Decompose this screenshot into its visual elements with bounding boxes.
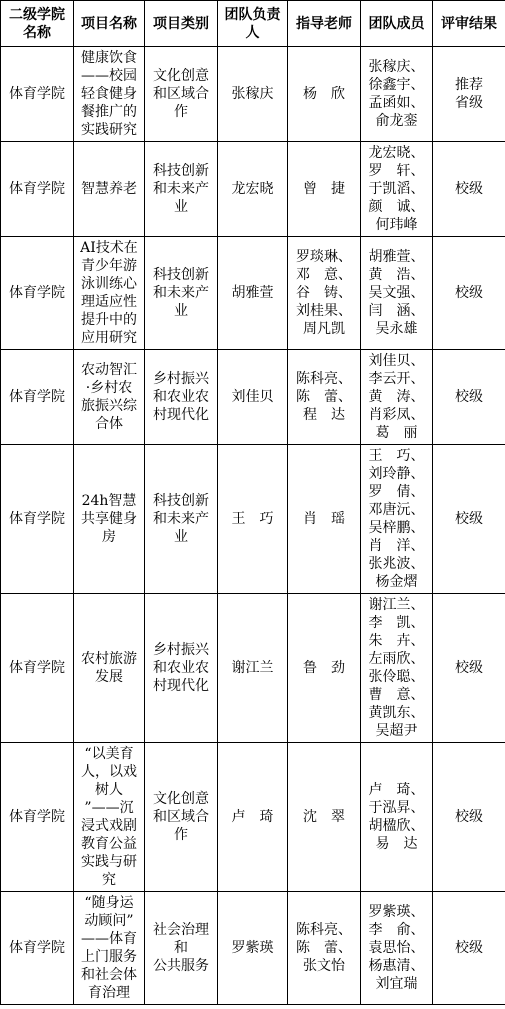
column-header-college-name: 二级学院 名称: [1, 1, 74, 47]
cell-leader: 龙宏晓: [218, 142, 288, 237]
cell-project: 健康饮食 ——校园 轻食健身 餐推广的 实践研究: [74, 47, 145, 142]
cell-project: 24h智慧 共享健身 房: [74, 445, 145, 594]
cell-college: 体育学院: [1, 142, 74, 237]
cell-category: 科技创新 和未来产 业: [145, 445, 218, 594]
cell-result: 校级: [433, 142, 505, 237]
cell-result: 校级: [433, 350, 505, 445]
cell-members: 胡雅萱、 黄 浩、 吴文强、 闫 涵、 吴永雄: [361, 237, 433, 350]
table-row: 体育学院农动智汇 ·乡村农 旅振兴综 合体乡村振兴 和农业农 村现代化刘佳贝陈科…: [1, 350, 505, 445]
column-header-project-category: 项目类别: [145, 1, 218, 47]
cell-result: 校级: [433, 237, 505, 350]
cell-leader: 王 巧: [218, 445, 288, 594]
cell-members: 张稼庆、 徐鑫宇、 孟函如、 俞龙銮: [361, 47, 433, 142]
cell-category: 科技创新 和未来产 业: [145, 142, 218, 237]
cell-advisor: 杨 欣: [288, 47, 361, 142]
column-header-project-name: 项目名称: [74, 1, 145, 47]
cell-project: “以美育 人，以戏 树人 ”——沉 浸式戏剧 教育公益 实践与研 究: [74, 743, 145, 892]
cell-advisor: 曾 捷: [288, 142, 361, 237]
cell-result: 校级: [433, 445, 505, 594]
cell-category: 乡村振兴 和农业农 村现代化: [145, 350, 218, 445]
table-row: 体育学院健康饮食 ——校园 轻食健身 餐推广的 实践研究文化创意 和区域合 作张…: [1, 47, 505, 142]
cell-project: AI技术在 青少年游 泳训练心 理适应性 提升中的 应用研究: [74, 237, 145, 350]
table-row: 体育学院农村旅游 发展乡村振兴 和农业农 村现代化谢江兰鲁 劲谢江兰、 李 凯、…: [1, 594, 505, 743]
cell-college: 体育学院: [1, 237, 74, 350]
column-header-advisor: 指导老师: [288, 1, 361, 47]
cell-members: 卢 琦、 于泓昇、 胡楹欣、 易 达: [361, 743, 433, 892]
cell-advisor: 陈科亮、 陈 蕾、 张文怡: [288, 892, 361, 1005]
project-review-table: 二级学院 名称 项目名称 项目类别 团队负责 人 指导老师 团队成员 评审结果 …: [0, 0, 505, 1005]
cell-leader: 张稼庆: [218, 47, 288, 142]
cell-college: 体育学院: [1, 445, 74, 594]
column-header-team-members: 团队成员: [361, 1, 433, 47]
column-header-review-result: 评审结果: [433, 1, 505, 47]
column-header-team-leader: 团队负责 人: [218, 1, 288, 47]
cell-advisor: 鲁 劲: [288, 594, 361, 743]
cell-project: “随身运 动顾问” ——体育 上门服务 和社会体 育治理: [74, 892, 145, 1005]
cell-category: 科技创新 和未来产 业: [145, 237, 218, 350]
table-row: 体育学院“随身运 动顾问” ——体育 上门服务 和社会体 育治理社会治理 和 公…: [1, 892, 505, 1005]
cell-project: 智慧养老: [74, 142, 145, 237]
cell-advisor: 沈 翠: [288, 743, 361, 892]
cell-advisor: 罗琰琳、 邓 意、 谷 铸、 刘桂果、 周凡凯: [288, 237, 361, 350]
table-row: 体育学院AI技术在 青少年游 泳训练心 理适应性 提升中的 应用研究科技创新 和…: [1, 237, 505, 350]
cell-members: 刘佳贝、 李云开、 黄 涛、 肖彩凤、 葛 丽: [361, 350, 433, 445]
cell-members: 龙宏晓、 罗 轩、 于凯滔、 颜 诚、 何玮峰: [361, 142, 433, 237]
cell-result: 校级: [433, 594, 505, 743]
cell-category: 文化创意 和区域合 作: [145, 743, 218, 892]
cell-result: 推荐 省级: [433, 47, 505, 142]
table-row: 体育学院“以美育 人，以戏 树人 ”——沉 浸式戏剧 教育公益 实践与研 究文化…: [1, 743, 505, 892]
cell-members: 罗紫瑛、 李 俞、 袁思怡、 杨惠清、 刘宜瑞: [361, 892, 433, 1005]
cell-college: 体育学院: [1, 47, 74, 142]
cell-leader: 刘佳贝: [218, 350, 288, 445]
cell-leader: 谢江兰: [218, 594, 288, 743]
cell-leader: 罗紫瑛: [218, 892, 288, 1005]
cell-project: 农村旅游 发展: [74, 594, 145, 743]
table-row: 体育学院24h智慧 共享健身 房科技创新 和未来产 业王 巧肖 瑶王 巧、 刘玲…: [1, 445, 505, 594]
cell-result: 校级: [433, 892, 505, 1005]
document-page: 二级学院 名称 项目名称 项目类别 团队负责 人 指导老师 团队成员 评审结果 …: [0, 0, 505, 1005]
cell-project: 农动智汇 ·乡村农 旅振兴综 合体: [74, 350, 145, 445]
cell-leader: 卢 琦: [218, 743, 288, 892]
cell-advisor: 肖 瑶: [288, 445, 361, 594]
cell-college: 体育学院: [1, 594, 74, 743]
cell-category: 社会治理 和 公共服务: [145, 892, 218, 1005]
cell-leader: 胡雅萱: [218, 237, 288, 350]
cell-members: 谢江兰、 李 凯、 朱 卉、 左雨欣、 张伶聪、 曹 意、 黄凯东、 吴超尹: [361, 594, 433, 743]
table-row: 体育学院智慧养老科技创新 和未来产 业龙宏晓曾 捷龙宏晓、 罗 轩、 于凯滔、 …: [1, 142, 505, 237]
cell-college: 体育学院: [1, 892, 74, 1005]
table-body: 体育学院健康饮食 ——校园 轻食健身 餐推广的 实践研究文化创意 和区域合 作张…: [1, 47, 505, 1005]
cell-result: 校级: [433, 743, 505, 892]
cell-advisor: 陈科亮、 陈 蕾、 程 达: [288, 350, 361, 445]
cell-category: 文化创意 和区域合 作: [145, 47, 218, 142]
cell-category: 乡村振兴 和农业农 村现代化: [145, 594, 218, 743]
header-row: 二级学院 名称 项目名称 项目类别 团队负责 人 指导老师 团队成员 评审结果: [1, 1, 505, 47]
cell-college: 体育学院: [1, 350, 74, 445]
cell-college: 体育学院: [1, 743, 74, 892]
cell-members: 王 巧、 刘玲静、 罗 倩、 邓唐沅、 吴梓鹏、 肖 洋、 张兆波、 杨金熠: [361, 445, 433, 594]
